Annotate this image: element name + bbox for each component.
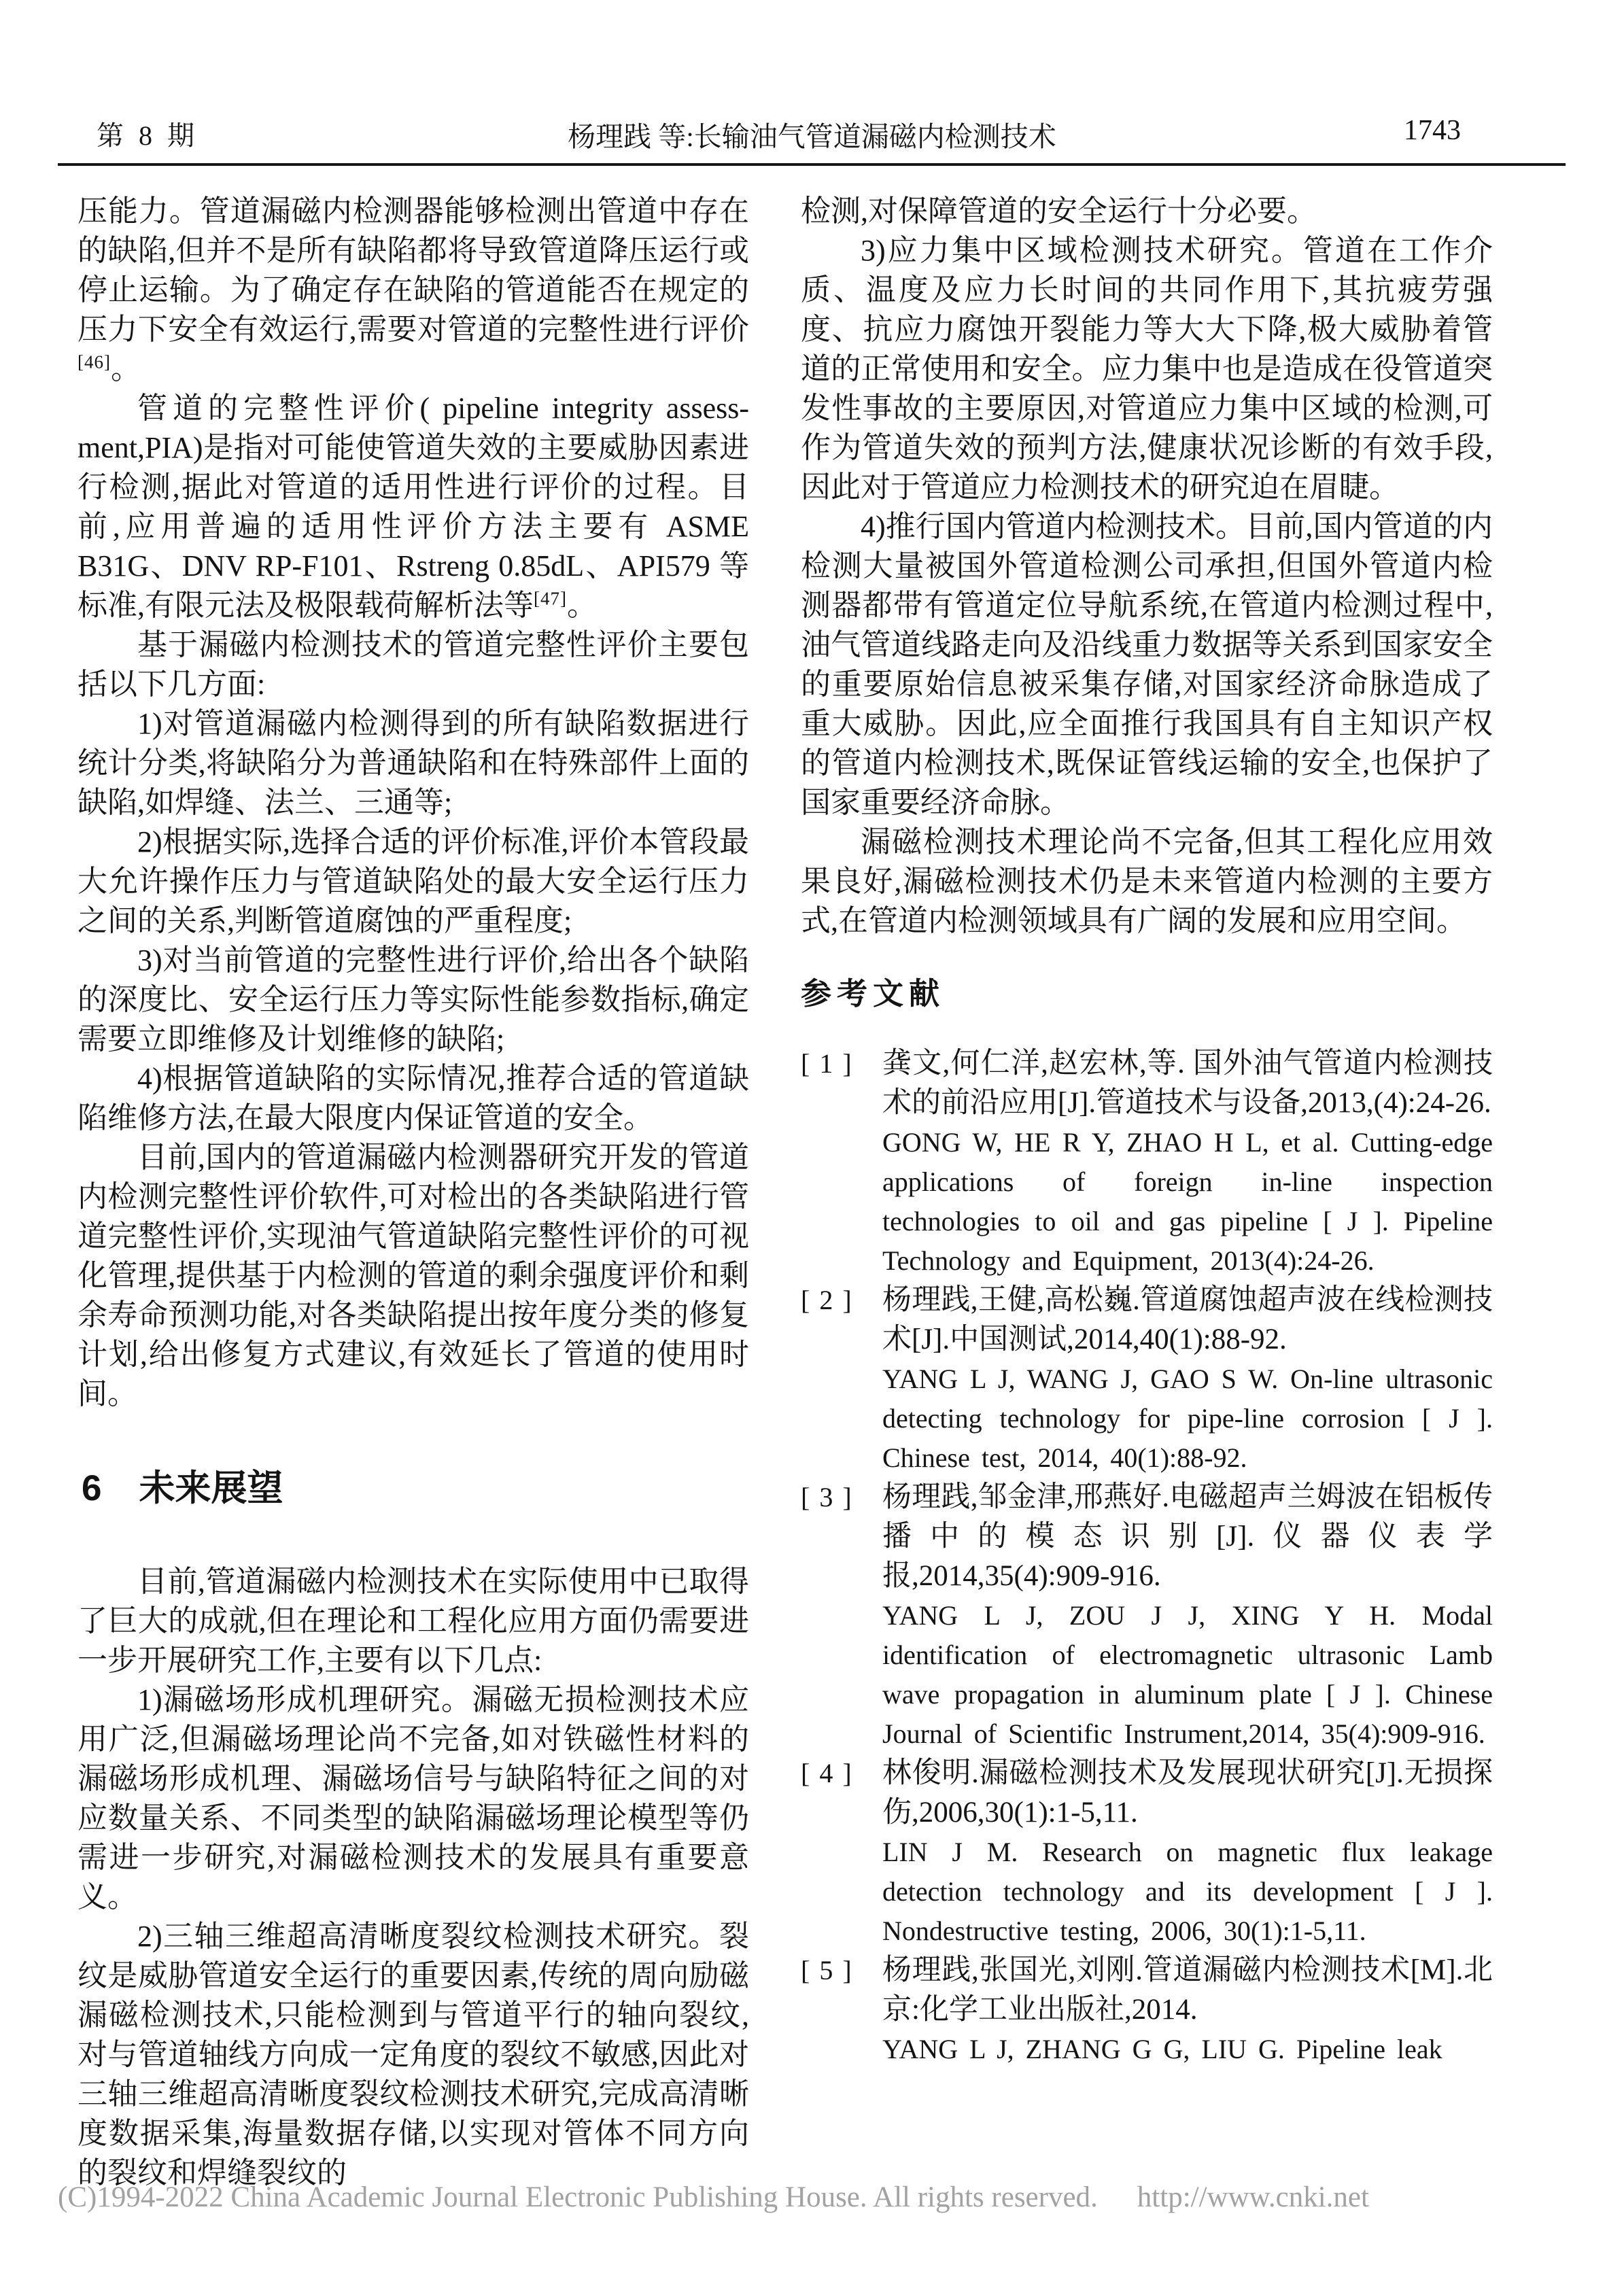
reference-content: 龚文,何仁洋,赵宏林,等. 国外油气管道内检测技术的前沿应用[J].管道技术与设… (882, 1044, 1493, 1281)
reference-content: 林俊明.漏磁检测技术及发展现状研究[J].无损探伤,2006,30(1):1-5… (882, 1754, 1493, 1951)
reference-item: [ 2 ]杨理践,王健,高松巍.管道腐蚀超声波在线检测技术[J].中国测试,20… (801, 1281, 1493, 1478)
reference-list: [ 1 ]龚文,何仁洋,赵宏林,等. 国外油气管道内检测技术的前沿应用[J].管… (801, 1044, 1493, 2069)
paragraph: 目前,国内的管道漏磁内检测器研究开发的管道内检测完整性评价软件,可对检出的各类缺… (77, 1138, 749, 1414)
footer: (C)1994-2022 China Academic Journal Elec… (58, 2181, 1567, 2214)
reference-text-zh: 杨理践,邹金津,邢燕好.电磁超声兰姆波在铝板传播中的模态识别[J].仪器仪表学报… (882, 1478, 1493, 1596)
reference-text-zh: 杨理践,王健,高松巍.管道腐蚀超声波在线检测技术[J].中国测试,2014,40… (882, 1281, 1493, 1359)
reference-text-en: YANG L J, ZOU J J, XING Y H. Modal ident… (882, 1596, 1493, 1754)
right-column: 检测,对保障管道的安全运行十分必要。3)应力集中区域检测技术研究。管道在工作介质… (801, 192, 1493, 2069)
paragraph: 目前,管道漏磁内检测技术在实际使用中已取得了巨大的成就,但在理论和工程化应用方面… (77, 1562, 749, 1680)
reference-content: 杨理践,邹金津,邢燕好.电磁超声兰姆波在铝板传播中的模态识别[J].仪器仪表学报… (882, 1478, 1493, 1754)
reference-label: [ 5 ] (801, 1951, 882, 1990)
reference-text-en: LIN J M. Research on magnetic flux leaka… (882, 1833, 1493, 1951)
paragraph: 漏磁检测技术理论尚不完备,但其工程化应用效果良好,漏磁检测技术仍是未来管道内检测… (801, 822, 1493, 941)
header-rule (58, 163, 1566, 166)
reference-label: [ 2 ] (801, 1281, 882, 1320)
header-page-number: 1743 (1404, 114, 1461, 147)
reference-item: [ 4 ]林俊明.漏磁检测技术及发展现状研究[J].无损探伤,2006,30(1… (801, 1754, 1493, 1951)
journal-page: 第 8 期 杨理践 等:长输油气管道漏磁内检测技术 1743 压能力。管道漏磁内… (0, 0, 1624, 2269)
reference-item: [ 5 ]杨理践,张国光,刘刚.管道漏磁内检测技术[M].北京:化学工业出版社,… (801, 1951, 1493, 2069)
footer-copyright: (C)1994-2022 China Academic Journal Elec… (58, 2181, 1098, 2213)
paragraph: 4)根据管道缺陷的实际情况,推荐合适的管道缺陷维修方法,在最大限度内保证管道的安… (77, 1059, 749, 1138)
reference-text-zh: 林俊明.漏磁检测技术及发展现状研究[J].无损探伤,2006,30(1):1-5… (882, 1754, 1493, 1833)
paragraph: 2)根据实际,选择合适的评价标准,评价本管段最大允许操作压力与管道缺陷处的最大安… (77, 822, 749, 941)
reference-text-en: GONG W, HE R Y, ZHAO H L, et al. Cutting… (882, 1123, 1493, 1281)
paragraph: 基于漏磁内检测技术的管道完整性评价主要包括以下几方面: (77, 625, 749, 704)
reference-text-zh: 杨理践,张国光,刘刚.管道漏磁内检测技术[M].北京:化学工业出版社,2014. (882, 1951, 1493, 2030)
paragraph: 管道的完整性评价( pipeline integrity assess-ment… (77, 389, 749, 625)
reference-text-zh: 龚文,何仁洋,赵宏林,等. 国外油气管道内检测技术的前沿应用[J].管道技术与设… (882, 1044, 1493, 1123)
paragraph: 2)三轴三维超高清晰度裂纹检测技术研究。裂纹是威胁管道安全运行的重要因素,传统的… (77, 1917, 749, 2193)
paragraph: 1)对管道漏磁内检测得到的所有缺陷数据进行统计分类,将缺陷分为普通缺陷和在特殊部… (77, 704, 749, 822)
citation-superscript: [46] (77, 351, 111, 372)
paragraph: 检测,对保障管道的安全运行十分必要。 (801, 192, 1493, 231)
reference-label: [ 4 ] (801, 1754, 882, 1793)
paragraph: 4)推行国内管道内检测技术。目前,国内管道的内检测大量被国外管道检测公司承担,但… (801, 507, 1493, 822)
section-number: 6 (82, 1468, 101, 1508)
left-column: 压能力。管道漏磁内检测器能够检测出管道中存在的缺陷,但并不是所有缺陷都将导致管道… (77, 192, 749, 2193)
footer-url: http://www.cnki.net (1137, 2181, 1369, 2213)
reference-label: [ 1 ] (801, 1044, 882, 1084)
paragraph: 3)对当前管道的完整性进行评价,给出各个缺陷的深度比、安全运行压力等实际性能参数… (77, 941, 749, 1059)
header-running-title: 杨理践 等:长输油气管道漏磁内检测技术 (0, 114, 1624, 154)
reference-text-en: YANG L J, WANG J, GAO S W. On-line ultra… (882, 1359, 1493, 1478)
reference-text-en: YANG L J, ZHANG G G, LIU G. Pipeline lea… (882, 2030, 1493, 2069)
section-title: 未来展望 (139, 1468, 283, 1508)
reference-content: 杨理践,王健,高松巍.管道腐蚀超声波在线检测技术[J].中国测试,2014,40… (882, 1281, 1493, 1478)
paragraph: 压能力。管道漏磁内检测器能够检测出管道中存在的缺陷,但并不是所有缺陷都将导致管道… (77, 192, 749, 389)
paragraph: 3)应力集中区域检测技术研究。管道在工作介质、温度及应力长时间的共同作用下,其抗… (801, 231, 1493, 507)
section-heading: 6未来展望 (82, 1468, 749, 1509)
reference-item: [ 3 ]杨理践,邹金津,邢燕好.电磁超声兰姆波在铝板传播中的模态识别[J].仪… (801, 1478, 1493, 1754)
references-heading: 参考文献 (801, 976, 1493, 1011)
citation-superscript: [47] (534, 588, 567, 608)
paragraph: 1)漏磁场形成机理研究。漏磁无损检测技术应用广泛,但漏磁场理论尚不完备,如对铁磁… (77, 1680, 749, 1917)
reference-label: [ 3 ] (801, 1478, 882, 1517)
reference-content: 杨理践,张国光,刘刚.管道漏磁内检测技术[M].北京:化学工业出版社,2014.… (882, 1951, 1493, 2069)
reference-item: [ 1 ]龚文,何仁洋,赵宏林,等. 国外油气管道内检测技术的前沿应用[J].管… (801, 1044, 1493, 1281)
